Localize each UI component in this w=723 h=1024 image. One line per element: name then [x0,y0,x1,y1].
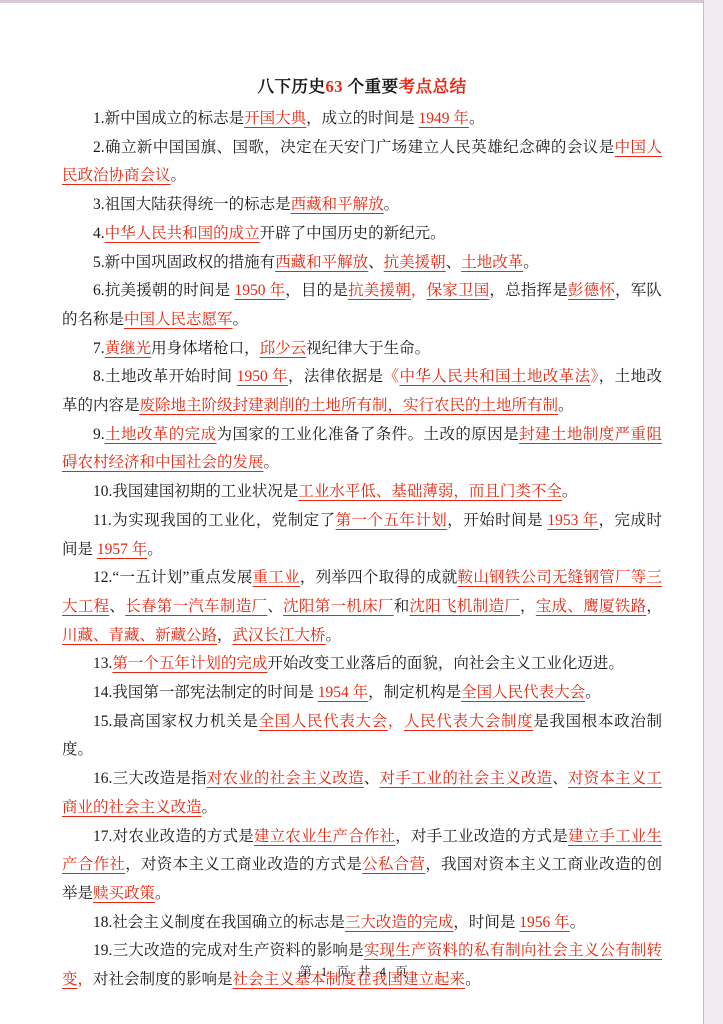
text-segment: 全国人民代表大会 [259,713,388,730]
text-segment: 3.祖国大陆获得统一的标志是 [93,196,291,213]
paragraph: 14.我国第一部宪法制定的时间是 1954 年，制定机构是全国人民代表大会。 [62,679,662,708]
text-segment: 彭德怀 [568,282,615,299]
text-segment: 武汉长江大桥 [233,627,326,644]
text-segment: 1957 年 [97,541,147,558]
text-segment: 西藏和平解放 [275,254,368,271]
page-top-edge [0,0,723,3]
text-segment: 、 [446,254,462,271]
text-segment: 2.确立新中国国旗、国歌，决定在天安门广场建立人民英雄纪念碑的会议是 [93,139,615,156]
text-segment: 8.土地改革开始时间 [93,368,237,385]
document-body: 八下历史63 个重要考点总结 1.新中国成立的标志是开国大典，成立的时间是 19… [62,76,662,995]
text-segment: 。 [326,627,342,644]
paragraph: 11.为实现我国的工业化，党制定了第一个五年计划，开始时间是 1953 年，完成… [62,507,662,564]
text-segment: 。 [155,885,171,902]
text-segment: 公私合营 [362,856,425,873]
paragraph: 9.土地改革的完成为国家的工业化准备了条件。土改的原因是封建土地制度严重阻碍农村… [62,421,662,478]
text-segment: 中华人民共和国的成立 [105,225,260,242]
paragraph: 2.确立新中国国旗、国歌，决定在天安门广场建立人民英雄纪念碑的会议是中国人民政治… [62,134,662,191]
paragraph: 7.黄继光用身体堵枪口，邱少云视纪律大于生命。 [62,335,662,364]
text-segment: 9. [93,426,105,443]
text-segment: ，对资本主义工商业改造的方式是 [125,856,362,873]
text-segment: 。 [562,483,578,500]
paragraph: 16.三大改造是指对农业的社会主义改造、对手工业的社会主义改造、对资本主义工商业… [62,765,662,822]
text-segment: 、 [368,254,384,271]
text-segment: 西藏和平解放 [291,196,384,213]
text-segment: 抗美援朝 [384,254,446,271]
text-segment: 工业水平低、基础薄弱，而且门类不全 [298,483,562,500]
text-segment: 17.对农业改造的方式是 [93,828,254,845]
text-segment: 。 [558,397,574,414]
text-segment: ， [646,598,662,615]
text-segment: 第一个五年计划 [336,512,448,529]
text-segment: 赎买政策 [93,885,155,902]
text-segment: 长春第一汽车制造厂 [125,598,267,615]
text-segment: 10.我国建国初期的工业状况是 [93,483,298,500]
text-segment: ， [217,627,233,644]
text-segment: 。 [147,541,163,558]
text-segment: 13. [93,655,112,672]
text-segment: 全国人民代表大会 [461,684,585,701]
text-segment: 、 [364,770,380,787]
text-segment: 保家卫国 [427,282,490,299]
paragraph-list: 1.新中国成立的标志是开国大典，成立的时间是 1949 年。2.确立新中国国旗、… [62,105,662,995]
text-segment: 三大改造的完成 [345,914,454,931]
text-segment: 63 [325,77,343,96]
text-segment: ， [388,713,404,730]
document-page: 八下历史63 个重要考点总结 1.新中国成立的标志是开国大典，成立的时间是 19… [0,0,723,1024]
text-segment: 《 [384,368,400,385]
text-segment: 重工业 [253,569,300,586]
text-segment: 宝成、鹰厦铁路 [536,598,647,615]
text-segment: 16.三大改造是指 [93,770,207,787]
text-segment: 。 [570,914,586,931]
text-segment: 为国家的工业化准备了条件。土改的原因是 [217,426,520,443]
text-segment: 、 [109,598,125,615]
paragraph: 1.新中国成立的标志是开国大典，成立的时间是 1949 年。 [62,105,662,134]
text-segment: 6.抗美援朝的时间是 [93,282,235,299]
text-segment: 用身体堵枪口， [151,340,260,357]
text-segment: 土地改革的完成 [105,426,217,443]
text-segment: 考点总结 [399,77,467,96]
text-segment: 邱少云 [260,340,307,357]
paragraph: 15.最高国家权力机关是全国人民代表大会，人民代表大会制度是我国根本政治制度。 [62,708,662,765]
text-segment: 14.我国第一部宪法制定的时间是 [93,684,318,701]
text-segment: 1954 年 [318,684,368,701]
text-segment: 》 [591,368,599,385]
text-segment: 开辟了中国历史的新纪元。 [260,225,446,242]
text-segment: 。 [523,254,539,271]
text-segment: 开始改变工业落后的面貌，向社会主义工业化迈进。 [267,655,624,672]
paragraph: 8.土地改革开始时间 1950 年，法律依据是《中华人民共和国土地改革法》，土地… [62,363,662,420]
text-segment: 1.新中国成立的标志是 [93,110,244,127]
page-number: 第 1 页 共 4 页 [0,962,710,980]
text-segment: ，目的是 [285,282,348,299]
text-segment: 。 [233,311,249,328]
text-segment: 沈阳第一机床厂 [283,598,394,615]
text-segment: 。 [469,110,485,127]
text-segment: 建立农业生产合作社 [254,828,395,845]
text-segment: 。 [202,799,218,816]
text-segment: 人民代表大会制度 [404,713,533,730]
text-segment: 1956 年 [519,914,569,931]
text-segment: 1949 年 [419,110,469,127]
paragraph: 4.中华人民共和国的成立开辟了中国历史的新纪元。 [62,220,662,249]
text-segment: ，时间是 [453,914,519,931]
text-segment: 开国大典 [244,110,306,127]
text-segment: 土地改革 [461,254,523,271]
page-title: 八下历史63 个重要考点总结 [62,76,662,98]
text-segment: 1950 年 [235,282,286,299]
text-segment: 1953 年 [547,512,598,529]
text-segment: 个重要 [343,77,399,96]
text-segment: ，对手工业改造的方式是 [395,828,568,845]
text-segment: 第一个五年计划的完成 [112,655,267,672]
text-segment: 中华人民共和国土地改革法 [399,368,590,385]
text-segment: ， [520,598,536,615]
text-segment: ，制定机构是 [368,684,461,701]
text-segment: 。 [171,167,187,184]
text-segment: 八下历史 [257,77,325,96]
text-segment: 。 [585,684,601,701]
text-segment: 废除地主阶级封建剥削的土地所有制，实行农民的土地所有制 [140,397,559,414]
paragraph: 17.对农业改造的方式是建立农业生产合作社，对手工业改造的方式是建立手工业生产合… [62,823,662,909]
text-segment: 15.最高国家权力机关是 [93,713,259,730]
text-segment: 1950 年 [237,368,288,385]
text-segment: 。 [264,454,280,471]
text-segment: 和 [394,598,410,615]
text-segment: 。 [384,196,400,213]
paragraph: 3.祖国大陆获得统一的标志是西藏和平解放。 [62,191,662,220]
paragraph: 12.“一五计划”重点发展重工业，列举四个取得的成就鞍山钢铁公司无缝钢管厂等三大… [62,564,662,650]
text-segment: 5.新中国巩固政权的措施有 [93,254,275,271]
text-segment: 4. [93,225,105,242]
text-segment: 18.社会主义制度在我国确立的标志是 [93,914,345,931]
text-segment: 抗美援朝 [348,282,411,299]
text-segment: 12.“一五计划”重点发展 [93,569,253,586]
text-segment: ，总指挥是 [489,282,568,299]
paragraph: 6.抗美援朝的时间是 1950 年，目的是抗美援朝，保家卫国，总指挥是彭德怀，军… [62,277,662,334]
text-segment: ，开始时间是 [447,512,547,529]
text-segment: 11.为实现我国的工业化，党制定了 [93,512,336,529]
text-segment: 、 [552,770,568,787]
text-segment: ，法律依据是 [288,368,384,385]
text-segment: 7. [93,340,105,357]
text-segment: ，成立的时间是 [306,110,418,127]
text-segment: ， [411,282,427,299]
page-right-edge [703,0,723,1024]
paragraph: 5.新中国巩固政权的措施有西藏和平解放、抗美援朝、土地改革。 [62,249,662,278]
text-segment: 黄继光 [105,340,152,357]
text-segment: 、 [267,598,283,615]
paragraph: 10.我国建国初期的工业状况是工业水平低、基础薄弱，而且门类不全。 [62,478,662,507]
paragraph: 13.第一个五年计划的完成开始改变工业落后的面貌，向社会主义工业化迈进。 [62,650,662,679]
text-segment: 对手工业的社会主义改造 [380,770,553,787]
text-segment: 视纪律大于生命。 [306,340,430,357]
text-segment: 沈阳飞机制造厂 [409,598,520,615]
text-segment: 19.三大改造的完成对生产资料的影响是 [93,942,364,959]
text-segment: 川藏、青藏、新藏公路 [62,627,217,644]
text-segment: 对农业的社会主义改造 [207,770,364,787]
paragraph: 18.社会主义制度在我国确立的标志是三大改造的完成，时间是 1956 年。 [62,909,662,938]
text-segment: 中国人民志愿军 [124,311,233,328]
text-segment: ，列举四个取得的成就 [300,569,458,586]
